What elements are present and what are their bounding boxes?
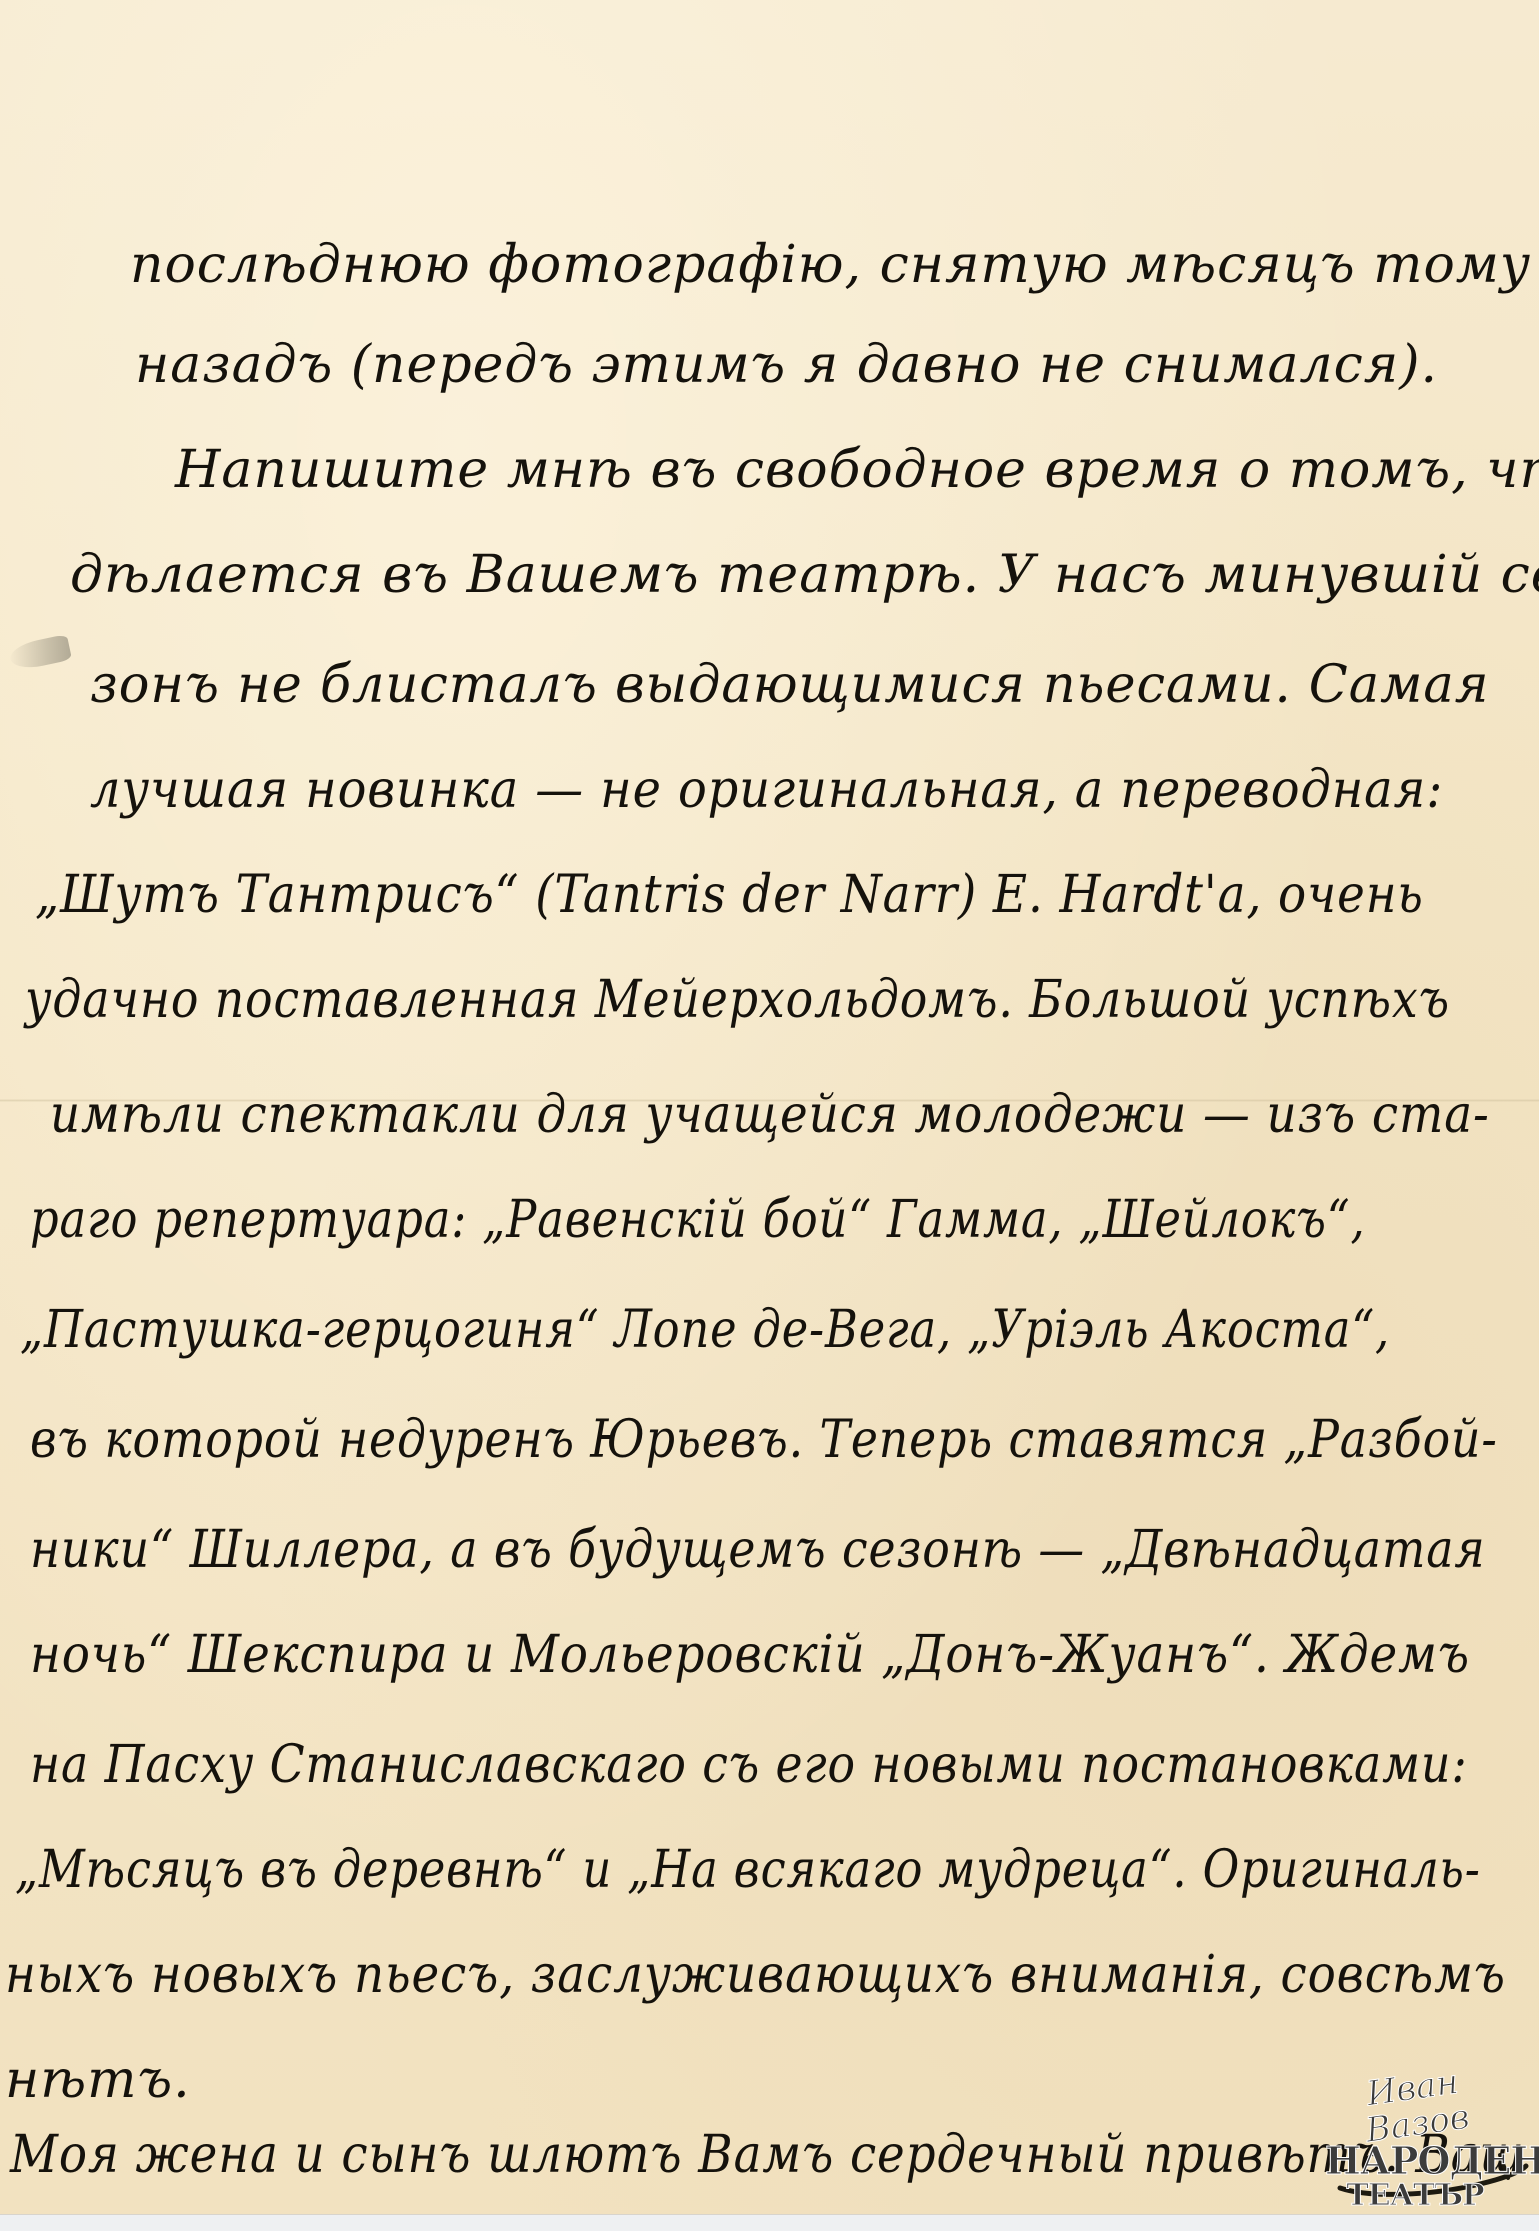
letter-line-3: Напишите мнѣ въ свободное время о томъ, … <box>175 440 1539 500</box>
letter-line-9: имѣли спектакли для учащейся молодежи — … <box>50 1085 1490 1145</box>
logo-line-teatar: ТЕАТЪР <box>1325 2180 1505 2212</box>
letter-line-15: на Пасху Станиславскаго съ его новыми по… <box>30 1735 1468 1795</box>
letter-line-4: дѣлается въ Вашемъ театрѣ. У насъ минувш… <box>70 545 1539 605</box>
scan-bottom-edge <box>0 2214 1539 2231</box>
letter-line-10: раго репертуара: „Равенскій бой“ Гамма, … <box>30 1190 1366 1250</box>
theatre-watermark-logo: Иван Вазов НАРОДЕН ТЕАТЪР <box>1325 2070 1505 2212</box>
letter-line-13: ники“ Шиллера, а въ будущемъ сезонѣ — „Д… <box>30 1520 1486 1580</box>
letter-line-5: зонъ не блисталъ выдающимися пьесами. Са… <box>90 655 1489 715</box>
letter-line-2: назадъ (передъ этимъ я давно не снимался… <box>135 335 1438 395</box>
letter-line-18: нѣтъ. <box>5 2050 191 2110</box>
letter-line-1: послѣднюю фотографію, снятую мѣсяцъ тому <box>130 235 1531 295</box>
letter-line-8: удачно поставленная Мейерхольдомъ. Больш… <box>25 970 1450 1030</box>
letter-line-14: ночь“ Шекспира и Мольеровскій „Донъ-Жуан… <box>30 1625 1470 1685</box>
letter-line-17: ныхъ новыхъ пьесъ, заслуживающихъ вниман… <box>5 1945 1506 2005</box>
letter-line-12: въ которой недуренъ Юрьевъ. Теперь ставя… <box>30 1410 1498 1470</box>
letter-line-11: „Пастушка-герцогиня“ Лопе де-Вега, „Уріэ… <box>20 1300 1390 1360</box>
letter-line-7: „Шутъ Тантрисъ“ (Tantris der Narr) Е. Ha… <box>35 865 1424 925</box>
letter-line-16: „Мѣсяцъ въ деревнѣ“ и „На всякаго мудрец… <box>15 1840 1481 1900</box>
letter-line-6: лучшая новинка — не оригинальная, а пере… <box>90 760 1443 820</box>
letter-line-19: Моя жена и сынъ шлютъ Вамъ сердечный при… <box>10 2125 1525 2185</box>
